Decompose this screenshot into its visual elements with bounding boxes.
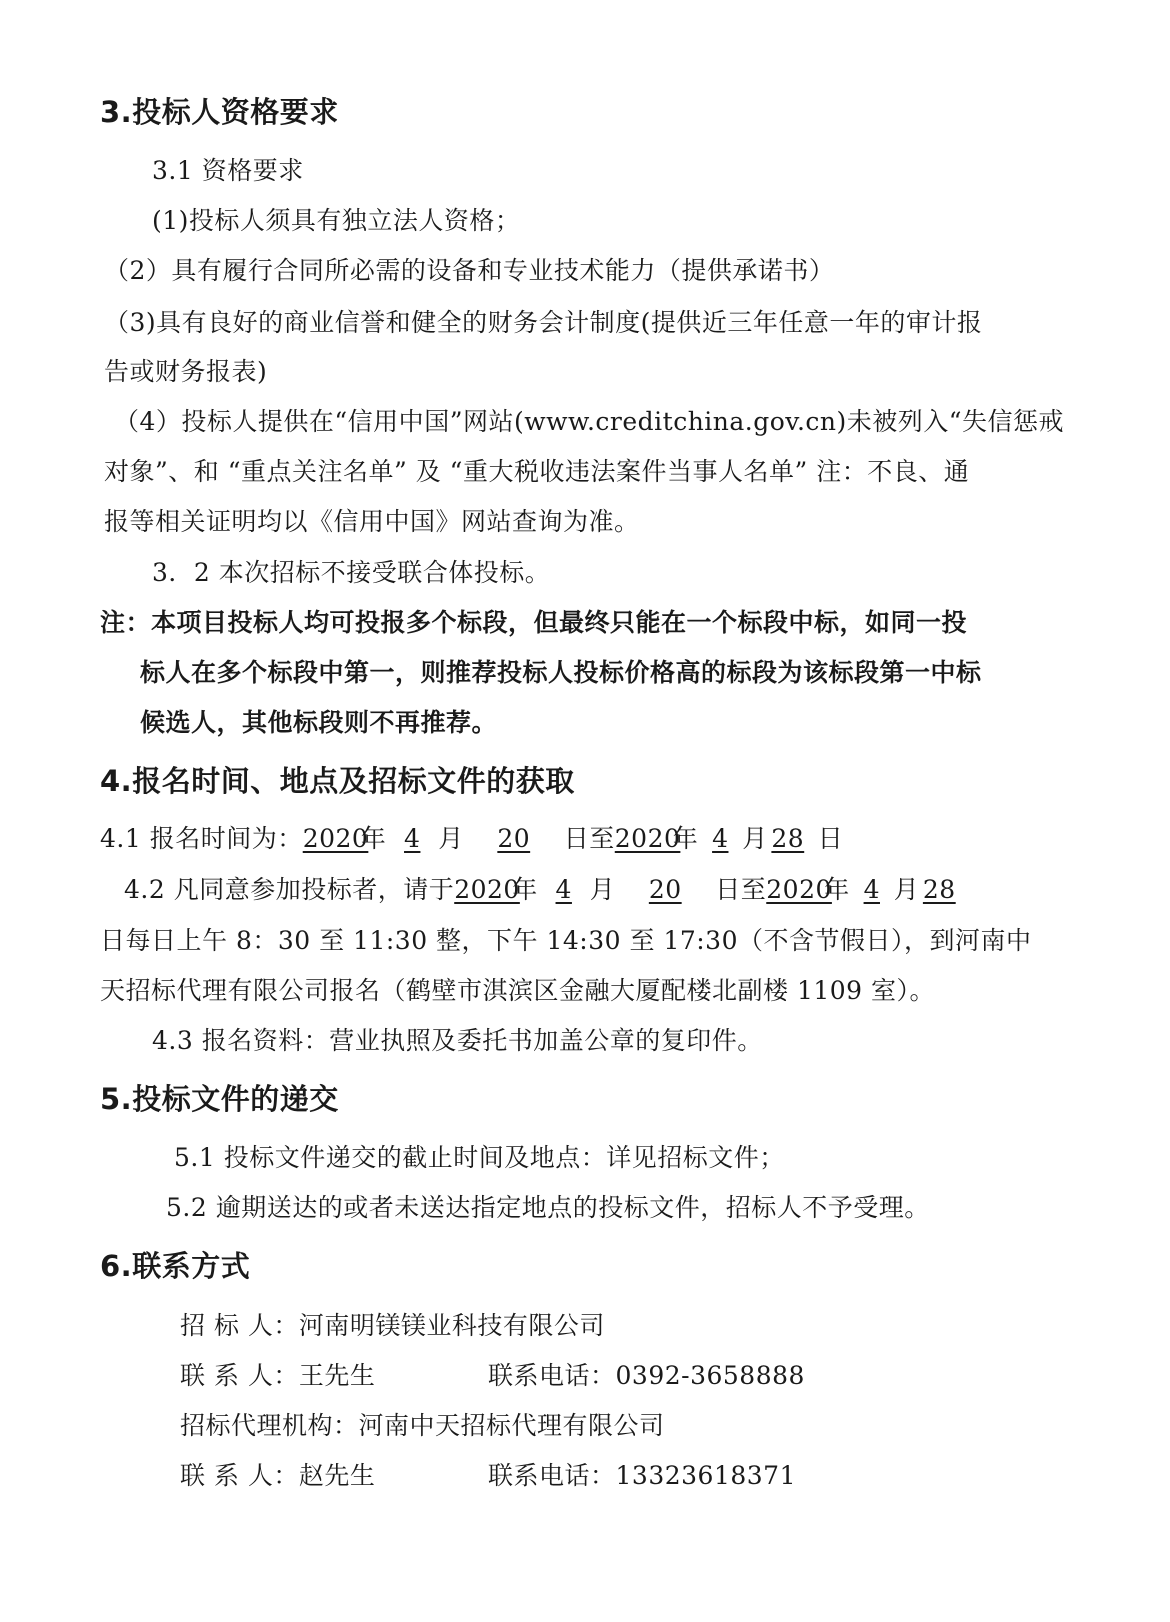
contact-row-1: 联 系 人：王先生: [180, 1360, 375, 1392]
phone-number: 0392-3658888: [616, 1361, 805, 1390]
start-day: 20: [629, 874, 701, 906]
end-day: 28: [919, 874, 959, 906]
section-4-heading: 4.报名时间、地点及招标文件的获取: [100, 765, 575, 797]
clause-4-2-line2: 日每日上午 8：30 至 11:30 整，下午 14:30 至 17:30（不含…: [100, 925, 1032, 957]
clause-4-2-prefix: 4.2 凡同意参加投标者，请于: [124, 875, 454, 904]
clause-4-1-prefix: 4.1 报名时间为：: [100, 824, 303, 853]
start-year: 2020: [454, 874, 512, 906]
end-month: 4: [850, 874, 894, 906]
requirement-3-line2: 告或财务报表): [104, 356, 267, 388]
phone-number: 13323618371: [616, 1461, 796, 1490]
end-day: 28: [768, 823, 808, 855]
start-year: 2020: [303, 823, 361, 855]
requirement-3-line1: （3)具有良好的商业信誉和健全的财务会计制度(提供近三年任意一年的审计报: [104, 307, 982, 339]
contact-name: 赵先生: [299, 1461, 376, 1490]
clause-5-1: 5.1 投标文件递交的截止时间及地点：详见招标文件；: [174, 1142, 785, 1174]
month-label: 月: [590, 875, 616, 904]
phone-row-1: 联系电话：0392-3658888: [488, 1360, 805, 1392]
contact-name: 王先生: [299, 1361, 376, 1390]
clause-4-1: 4.1 报名时间为：2020年4月20日至2020年4月28日: [100, 823, 843, 855]
end-year: 2020: [766, 874, 824, 906]
contact-label: 联 系 人：: [180, 1461, 299, 1490]
month-label: 月: [742, 824, 768, 853]
year-label: 年: [512, 875, 538, 904]
requirement-1: (1)投标人须具有独立法人资格；: [152, 205, 520, 237]
year-label: 年: [673, 824, 699, 853]
start-month: 4: [400, 823, 424, 855]
start-day: 20: [478, 823, 550, 855]
tenderer-label: 招 标 人：: [180, 1311, 299, 1340]
year-label: 年: [361, 824, 387, 853]
note-line2: 标人在多个标段中第一，则推荐投标人投标价格高的标段为该标段第一中标: [140, 657, 982, 689]
agency-label: 招标代理机构：: [180, 1411, 359, 1440]
clause-4-2-line1: 4.2 凡同意参加投标者，请于2020年4月20日至2020年4月28: [124, 874, 959, 906]
year-label: 年: [824, 875, 850, 904]
phone-row-2: 联系电话：13323618371: [488, 1460, 796, 1492]
month-label: 月: [894, 875, 920, 904]
end-month: 4: [698, 823, 742, 855]
agency-name: 河南中天招标代理有限公司: [359, 1411, 665, 1440]
day-to-label: 日至: [564, 824, 615, 853]
clause-5-2: 5.2 逾期送达的或者未送达指定地点的投标文件，招标人不予受理。: [166, 1192, 930, 1224]
clause-4-3: 4.3 报名资料：营业执照及委托书加盖公章的复印件。: [152, 1025, 763, 1057]
contact-row-2: 联 系 人：赵先生: [180, 1460, 375, 1492]
clause-3-2: 3．2 本次招标不接受联合体投标。: [152, 557, 550, 589]
requirement-4-line2: 对象”、和 “重点关注名单” 及 “重大税收违法案件当事人名单” 注：不良、通: [104, 456, 969, 488]
section-5-heading: 5.投标文件的递交: [100, 1083, 339, 1115]
requirement-2: （2）具有履行合同所必需的设备和专业技术能力（提供承诺书）: [104, 255, 834, 287]
contact-label: 联 系 人：: [180, 1361, 299, 1390]
phone-label: 联系电话：: [488, 1361, 616, 1390]
note-line1: 注：本项目投标人均可投报多个标段，但最终只能在一个标段中标，如同一投: [100, 607, 967, 639]
tenderer-row: 招 标 人：河南明镁镁业科技有限公司: [180, 1310, 605, 1342]
start-month: 4: [552, 874, 576, 906]
section-6-heading: 6.联系方式: [100, 1250, 250, 1282]
month-label: 月: [438, 824, 464, 853]
clause-4-2-line3: 天招标代理有限公司报名（鹤壁市淇滨区金融大厦配楼北副楼 1109 室）。: [100, 975, 935, 1007]
section-3-heading: 3.投标人资格要求: [100, 96, 339, 128]
tenderer-name: 河南明镁镁业科技有限公司: [299, 1311, 605, 1340]
clause-3-1: 3.1 资格要求: [152, 155, 304, 187]
agency-row: 招标代理机构：河南中天招标代理有限公司: [180, 1410, 665, 1442]
day-label: 日: [818, 824, 844, 853]
day-to-label: 日至: [715, 875, 766, 904]
phone-label: 联系电话：: [488, 1461, 616, 1490]
requirement-4-line3: 报等相关证明均以《信用中国》网站查询为准。: [104, 506, 640, 538]
end-year: 2020: [615, 823, 673, 855]
note-line3: 候选人，其他标段则不再推荐。: [140, 707, 497, 739]
requirement-4-line1: （4）投标人提供在“信用中国”网站(www.creditchina.gov.cn…: [114, 406, 1064, 438]
